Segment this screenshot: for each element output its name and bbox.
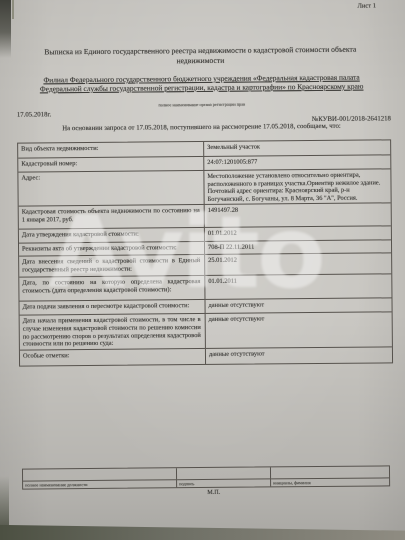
table-row-label: Дата, по состоянию на которую определена… xyxy=(19,276,205,301)
registration-authority-name: Филиал Федерального государственного бюд… xyxy=(37,74,367,94)
table-row-label: Адрес: xyxy=(18,171,204,206)
table-row-value: данные отсутствуют xyxy=(206,347,392,364)
signature-cell-name: инициалы, фамилия xyxy=(270,466,389,486)
table-row-label: Кадастровая стоимость объекта недвижимос… xyxy=(19,205,205,229)
table-row-label: Кадастровый номер: xyxy=(18,157,204,172)
cadastral-data-table: Вид объекта недвижимости: Земельный учас… xyxy=(17,139,393,366)
table-row-value: 24:07:1201005:877 xyxy=(204,155,390,170)
intro-text: На основании запроса от 17.05.2018, пост… xyxy=(19,122,384,132)
stamp-place-label: М.П. xyxy=(207,489,220,496)
photo-artifact-line xyxy=(12,0,14,19)
document-title: Выписка из Единого государственного реес… xyxy=(30,45,370,67)
table-row-label: Дата внесения сведений о кадастровой сто… xyxy=(19,255,205,277)
name-label: инициалы, фамилия xyxy=(271,477,389,486)
table-row: Адрес: Местоположение установлено относи… xyxy=(18,169,390,207)
table-row-label: Дата утверждения кадастровой стоимости: xyxy=(19,228,205,243)
signature-cell-signature: подпись xyxy=(176,467,270,487)
sheet-number: Лист 1 xyxy=(357,2,376,9)
photo-edge-top-left xyxy=(0,0,11,58)
table-row-value: Земельный участок xyxy=(204,140,390,156)
table-row-value: 01.01.2011 xyxy=(205,275,391,300)
signature-cell-position: полное наименование должности xyxy=(23,468,176,488)
authority-caption: полное наименование органа регистрации п… xyxy=(37,101,367,109)
table-row-label: Реквизиты акта об утверждении кадастрово… xyxy=(19,242,205,256)
table-row-value: 25.01.2012 xyxy=(205,254,391,276)
table-row-label: Особые отметки: xyxy=(20,349,206,366)
table-row: Дата, по состоянию на которую определена… xyxy=(19,275,391,302)
table-row-value: 708-П 22.11.2011 xyxy=(205,241,391,255)
table-row-value: данные отсутствуют xyxy=(206,313,392,348)
document-page: Лист 1 Выписка из Единого государственно… xyxy=(0,0,405,540)
signature-table: полное наименование должности подпись ин… xyxy=(22,465,390,489)
table-row-value: 1491497.28 xyxy=(205,204,391,228)
table-row-value: Местоположение установлено относительно … xyxy=(204,169,390,204)
table-row: Особые отметки: данные отсутствуют xyxy=(20,347,392,365)
document-photo: Лист 1 Выписка из Единого государственно… xyxy=(0,0,405,540)
table-row: Дата начала применения кадастровой стоим… xyxy=(20,313,392,351)
issue-date: 17.05.2018г. xyxy=(17,111,51,118)
position-label: полное наименование должности xyxy=(23,479,176,488)
table-row-value: 01.01.2012 xyxy=(205,227,391,242)
table-row-label: Вид объекта недвижимости: xyxy=(18,142,204,158)
table-row-label: Дата подачи заявления о пересмотре кадас… xyxy=(20,300,206,315)
signature-label: подпись xyxy=(177,478,270,487)
table-row-value: данные отсутствуют xyxy=(206,299,392,314)
table-row: Кадастровая стоимость объекта недвижимос… xyxy=(19,204,391,230)
table-row-label: Дата начала применения кадастровой стоим… xyxy=(20,314,206,349)
